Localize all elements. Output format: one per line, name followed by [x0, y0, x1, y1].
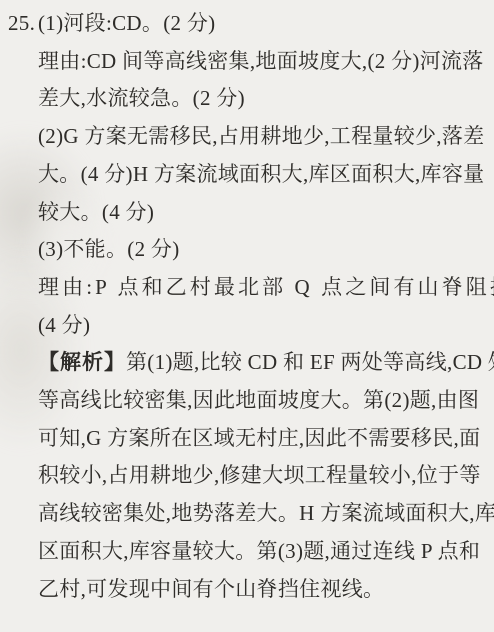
analysis-text: 第(1)题,比较 CD 和 EF 两处等高线,CD 处 [126, 350, 494, 374]
question-number: 25. [8, 5, 38, 43]
analysis-line-1: 【解析】第(1)题,比较 CD 和 EF 两处等高线,CD 处 [38, 344, 482, 382]
answer-line-8: 理由:P 点和乙村最北部 Q 点之间有山脊阻挡。 [38, 269, 482, 307]
answer-line-5: 大。(4 分)H 方案流域面积大,库区面积大,库容量 [38, 156, 482, 194]
answer-line-9: (4 分) [38, 307, 482, 345]
analysis-line-7: 乙村,可发现中间有个山脊挡住视线。 [38, 571, 482, 609]
analysis-line-5: 高线较密集处,地势落差大。H 方案流域面积大,库 [38, 495, 482, 533]
scanned-answer-page: 25. (1)河段:CD。(2 分) 理由:CD 间等高线密集,地面坡度大,(2… [0, 0, 494, 632]
analysis-line-2: 等高线比较密集,因此地面坡度大。第(2)题,由图 [38, 382, 482, 420]
answer-text-block: 25. (1)河段:CD。(2 分) 理由:CD 间等高线密集,地面坡度大,(2… [8, 5, 482, 608]
answer-line-4: (2)G 方案无需移民,占用耕地少,工程量较少,落差 [38, 118, 482, 156]
answer-line-3: 差大,水流较急。(2 分) [38, 80, 482, 118]
answer-line-7: (3)不能。(2 分) [38, 231, 482, 269]
answer-line-6: 较大。(4 分) [38, 194, 482, 232]
analysis-line-4: 积较小,占用耕地少,修建大坝工程量较小,位于等 [38, 457, 482, 495]
answer-part-1: (1)河段:CD。(2 分) [38, 5, 215, 43]
analysis-line-3: 可知,G 方案所在区域无村庄,因此不需要移民,面 [38, 420, 482, 458]
answer-line-2: 理由:CD 间等高线密集,地面坡度大,(2 分)河流落 [38, 43, 482, 81]
analysis-label: 【解析】 [38, 350, 126, 374]
analysis-line-6: 区面积大,库容量较大。第(3)题,通过连线 P 点和 [38, 533, 482, 571]
answer-line-1: 25. (1)河段:CD。(2 分) [8, 5, 482, 43]
